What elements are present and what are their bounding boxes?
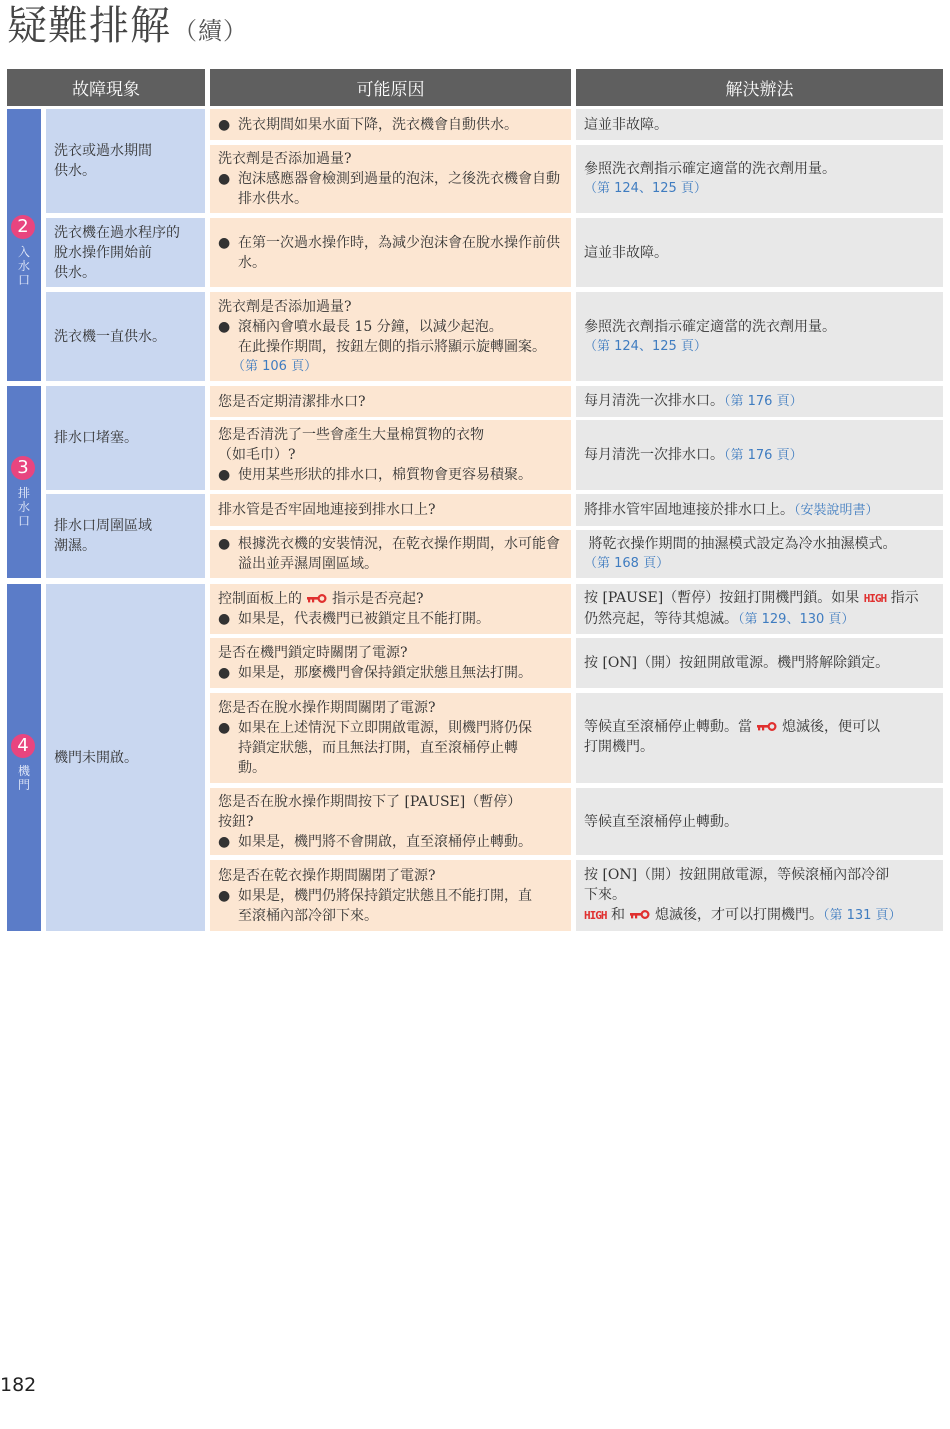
cause-bullet: 如果在上述情況下立即開啟電源，則機門將仍保持鎖定狀態，而且無法打開，直至滾桶停止… bbox=[218, 718, 538, 778]
cause-bullet: 滾桶內會噴水最長 15 分鐘，以減少起泡。 bbox=[218, 317, 546, 337]
solution-text-cont: 熄滅後，便可以 bbox=[782, 719, 880, 735]
solution-cell: 按 [PAUSE]（暫停）按鈕打開機門鎖。如果 HIGH 指示 仍然亮起，等待其… bbox=[576, 584, 943, 634]
cause-question: 您是否定期清潔排水口? bbox=[218, 392, 366, 412]
solution-cell: 參照洗衣劑指示確定適當的洗衣劑用量。 （第 124、125 頁） bbox=[576, 145, 943, 213]
cause-bullet: 如果是，那麼機門會保持鎖定狀態且無法打開。 bbox=[218, 663, 532, 683]
cause-question: 是否在機門鎖定時關閉了電源? bbox=[218, 643, 532, 663]
section-label: 排水口 bbox=[17, 486, 31, 528]
cause-cell: 根據洗衣機的安裝情況，在乾衣操作期間，水可能會溢出並弄濕周圍區域。 bbox=[210, 530, 571, 578]
page-number: 182 bbox=[0, 1374, 36, 1396]
cause-bullet: 在第一次過水操作時，為減少泡沫會在脫水操作前供水。 bbox=[218, 233, 563, 273]
solution-text: 每月清洗一次排水口。 bbox=[584, 447, 724, 463]
solution-text-cont: 指示 bbox=[891, 590, 919, 606]
solution-text: 按 [ON]（開）按鈕開啟電源，等候滾桶內部冷卻 bbox=[584, 865, 902, 885]
symptom-cell: 排水口周圍區域 潮濕。 bbox=[46, 494, 205, 578]
symptom-cell: 排水口堵塞。 bbox=[46, 386, 205, 490]
symptom-cell: 洗衣機在過水程序的 脫水操作開始前 供水。 bbox=[46, 218, 205, 287]
solution-cell: 按 [ON]（開）按鈕開啟電源。機門將解除鎖定。 bbox=[576, 638, 943, 688]
solution-cell: 每月清洗一次排水口。（第 176 頁） bbox=[576, 420, 943, 490]
solution-cell: 將乾衣操作期間的抽濕模式設定為冷水抽濕模式。 （第 168 頁） bbox=[576, 530, 943, 578]
column-header-solution: 解決辦法 bbox=[576, 69, 943, 106]
solution-text: 每月清洗一次排水口。 bbox=[584, 393, 724, 409]
cause-cell: 您是否在脫水操作期間按下了 [PAUSE]（暫停） 按鈕? 如果是，機門將不會開… bbox=[210, 788, 571, 855]
section-number-badge: 2 bbox=[11, 215, 35, 239]
page-reference-link[interactable]: （第 176 頁） bbox=[724, 448, 803, 463]
cause-cell: 控制面板上的指示是否亮起? 如果是，代表機門已被鎖定且不能打開。 bbox=[210, 584, 571, 634]
cause-cell: 在第一次過水操作時，為減少泡沫會在脫水操作前供水。 bbox=[210, 218, 571, 287]
solution-text: 這並非故障。 bbox=[584, 115, 668, 135]
solution-text: 按 [ON]（開）按鈕開啟電源。機門將解除鎖定。 bbox=[584, 653, 889, 673]
solution-text: 參照洗衣劑指示確定適當的洗衣劑用量。 bbox=[584, 317, 836, 337]
symptom-cell: 洗衣或過水期間 供水。 bbox=[46, 109, 205, 213]
page-reference-link[interactable]: （第 129、130 頁） bbox=[738, 612, 854, 627]
section-label: 機門 bbox=[17, 764, 31, 792]
cause-question: 您是否在脫水操作期間關閉了電源? bbox=[218, 698, 538, 718]
cause-cell: 是否在機門鎖定時關閉了電源? 如果是，那麼機門會保持鎖定狀態且無法打開。 bbox=[210, 638, 571, 688]
cause-cell: 您是否在乾衣操作期間關閉了電源? 如果是，機門仍將保持鎖定狀態且不能打開，直至滾… bbox=[210, 860, 571, 931]
solution-cell: 參照洗衣劑指示確定適當的洗衣劑用量。 （第 124、125 頁） bbox=[576, 292, 943, 381]
solution-cell: 這並非故障。 bbox=[576, 218, 943, 287]
solution-text: 將排水管牢固地連接於排水口上。 bbox=[584, 502, 794, 518]
symptom-cell: 機門未開啟。 bbox=[46, 584, 205, 931]
page-reference-link[interactable]: （第 106 頁） bbox=[218, 357, 546, 377]
solution-text-cont: 下來。 bbox=[584, 885, 902, 905]
cause-bullet: 如果是，機門仍將保持鎖定狀態且不能打開，直至滾桶內部冷卻下來。 bbox=[218, 886, 538, 926]
key-lock-icon bbox=[306, 594, 328, 604]
symptom-text: 洗衣機在過水程序的 脫水操作開始前 供水。 bbox=[46, 223, 186, 283]
cause-bullet: 使用某些形狀的排水口，棉質物會更容易積聚。 bbox=[218, 465, 532, 485]
solution-text: 將乾衣操作期間的抽濕模式設定為冷水抽濕模式。 bbox=[584, 534, 896, 554]
solution-cell: 等候直至滾桶停止轉動。 bbox=[576, 788, 943, 855]
column-header-cause: 可能原因 bbox=[210, 69, 571, 106]
solution-cell: 將排水管牢固地連接於排水口上。（安裝說明書） bbox=[576, 494, 943, 526]
symptom-cell: 洗衣機一直供水。 bbox=[46, 292, 205, 381]
cause-bullet: 如果是，機門將不會開啟，直至滾桶停止轉動。 bbox=[218, 832, 532, 852]
symptom-text: 洗衣機一直供水。 bbox=[46, 327, 172, 347]
cause-question-cont: 按鈕? bbox=[218, 812, 532, 832]
cause-cell: 洗衣劑是否添加過量? 滾桶內會噴水最長 15 分鐘，以減少起泡。 在此操作期間，… bbox=[210, 292, 571, 381]
page-reference-link[interactable]: （第 168 頁） bbox=[584, 554, 896, 574]
cause-question: 洗衣劑是否添加過量? bbox=[218, 297, 546, 317]
cause-question-cont: 指示是否亮起? bbox=[332, 591, 424, 607]
cause-question: 您是否在乾衣操作期間關閉了電源? bbox=[218, 866, 538, 886]
page-reference-link[interactable]: （第 124、125 頁） bbox=[584, 179, 836, 199]
section-label: 入水口 bbox=[17, 245, 31, 287]
cause-cell: 您是否定期清潔排水口? bbox=[210, 386, 571, 417]
solution-text-line3: 熄滅後，才可以打開機門。 bbox=[655, 907, 823, 923]
symptom-text: 機門未開啟。 bbox=[46, 748, 144, 768]
solution-cell: 這並非故障。 bbox=[576, 109, 943, 140]
column-header-symptom: 故障現象 bbox=[7, 69, 205, 106]
page-reference-link[interactable]: （第 124、125 頁） bbox=[584, 337, 836, 357]
cause-bullet: 如果是，代表機門已被鎖定且不能打開。 bbox=[218, 609, 490, 629]
solution-text: 等候直至滾桶停止轉動。 bbox=[584, 812, 738, 832]
cause-bullet: 泡沫感應器會檢測到過量的泡沫，之後洗衣機會自動排水供水。 bbox=[218, 169, 563, 209]
section-number-badge: 3 bbox=[11, 456, 35, 480]
cause-cell: 洗衣期間如果水面下降，洗衣機會自動供水。 bbox=[210, 109, 571, 140]
symptom-text: 排水口堵塞。 bbox=[46, 428, 144, 448]
solution-text-line2: 打開機門。 bbox=[584, 737, 880, 757]
solution-and: 和 bbox=[611, 907, 625, 923]
key-lock-icon bbox=[756, 722, 778, 732]
solution-cell: 等候直至滾桶停止轉動。當熄滅後，便可以 打開機門。 bbox=[576, 693, 943, 783]
cause-question-cont: （如毛巾）? bbox=[218, 445, 532, 465]
page-title-main: 疑難排解 bbox=[7, 3, 171, 49]
high-indicator-icon: HIGH bbox=[584, 909, 607, 922]
symptom-text: 排水口周圍區域 潮濕。 bbox=[46, 516, 158, 556]
cause-bullet: 洗衣期間如果水面下降，洗衣機會自動供水。 bbox=[218, 115, 518, 135]
solution-text: 等候直至滾桶停止轉動。當 bbox=[584, 719, 752, 735]
cause-cell: 您是否在脫水操作期間關閉了電源? 如果在上述情況下立即開啟電源，則機門將仍保持鎖… bbox=[210, 693, 571, 783]
cause-cell: 洗衣劑是否添加過量? 泡沫感應器會檢測到過量的泡沫，之後洗衣機會自動排水供水。 bbox=[210, 145, 571, 213]
high-indicator-icon: HIGH bbox=[864, 592, 887, 605]
cause-question: 您是否在脫水操作期間按下了 [PAUSE]（暫停） bbox=[218, 792, 532, 812]
cause-cell: 排水管是否牢固地連接到排水口上? bbox=[210, 494, 571, 526]
section-tab-drain: 3 排水口 bbox=[7, 386, 41, 578]
solution-cell: 每月清洗一次排水口。（第 176 頁） bbox=[576, 386, 943, 417]
page-reference-link[interactable]: （第 176 頁） bbox=[724, 394, 803, 409]
cause-question: 控制面板上的 bbox=[218, 591, 302, 607]
cause-question: 排水管是否牢固地連接到排水口上? bbox=[218, 500, 436, 520]
cause-cell: 您是否清洗了一些會產生大量棉質物的衣物 （如毛巾）? 使用某些形狀的排水口，棉質… bbox=[210, 420, 571, 490]
solution-cell: 按 [ON]（開）按鈕開啟電源，等候滾桶內部冷卻 下來。 HIGH 和熄滅後，才… bbox=[576, 860, 943, 931]
section-number-badge: 4 bbox=[11, 734, 35, 758]
page-reference-link[interactable]: （第 131 頁） bbox=[823, 908, 902, 923]
section-tab-water-inlet: 2 入水口 bbox=[7, 109, 41, 381]
solution-text-line2: 仍然亮起，等待其熄滅。 bbox=[584, 611, 738, 627]
solution-text: 參照洗衣劑指示確定適當的洗衣劑用量。 bbox=[584, 159, 836, 179]
cause-question: 您是否清洗了一些會產生大量棉質物的衣物 bbox=[218, 425, 532, 445]
page-title: 疑難排解（續） bbox=[7, 2, 248, 55]
solution-text: 這並非故障。 bbox=[584, 243, 668, 263]
solution-text: 按 [PAUSE]（暫停）按鈕打開機門鎖。如果 bbox=[584, 590, 859, 606]
reference-link-install-manual[interactable]: （安裝說明書） bbox=[794, 503, 879, 518]
cause-question: 洗衣劑是否添加過量? bbox=[218, 149, 563, 169]
symptom-text: 洗衣或過水期間 供水。 bbox=[46, 141, 158, 181]
key-lock-icon bbox=[629, 910, 651, 920]
cause-bullet: 根據洗衣機的安裝情況，在乾衣操作期間，水可能會溢出並弄濕周圍區域。 bbox=[218, 534, 563, 574]
cause-extra: 在此操作期間，按鈕左側的指示將顯示旋轉圖案。 bbox=[218, 337, 546, 357]
page-title-suffix: （續） bbox=[173, 17, 248, 45]
section-tab-door: 4 機門 bbox=[7, 584, 41, 931]
